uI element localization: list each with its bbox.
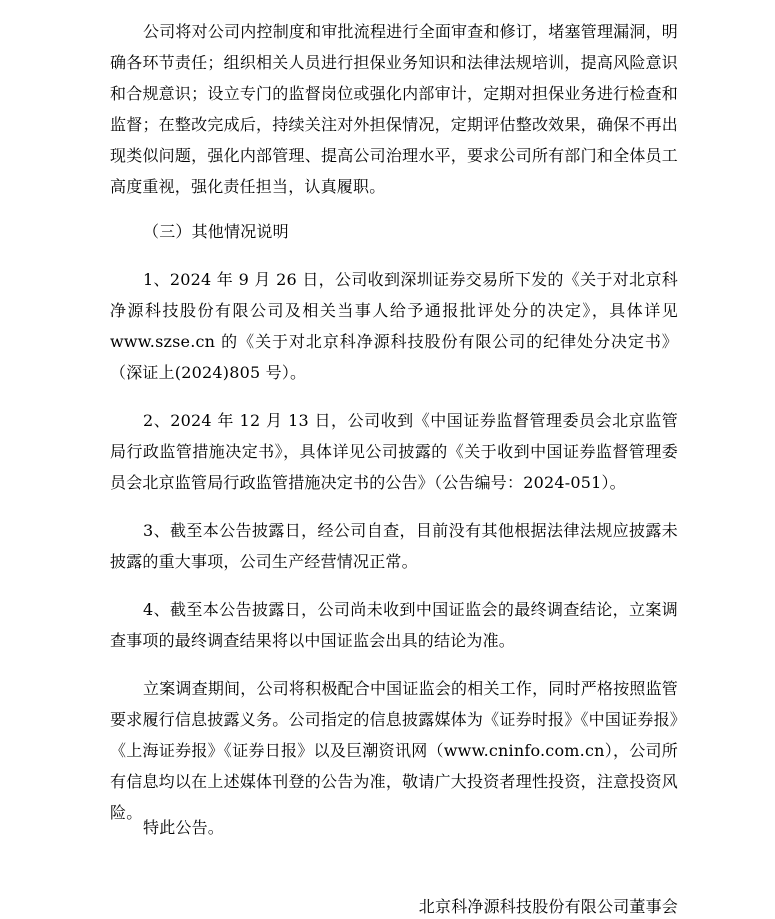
board-signature: 北京科净源科技股份有限公司董事会 xyxy=(419,891,678,919)
item-2-paragraph: 2、2024 年 12 月 13 日，公司收到《中国证券监督管理委员会北京监管局… xyxy=(110,405,678,498)
item-1-paragraph: 1、2024 年 9 月 26 日，公司收到深圳证券交易所下发的《关于对北京科净… xyxy=(110,264,678,388)
closing-paragraph: 立案调查期间，公司将积极配合中国证监会的相关工作，同时严格按照监管要求履行信息披… xyxy=(110,673,678,828)
item-3-paragraph: 3、截至本公告披露日，经公司自查，目前没有其他根据法律法规应披露未披露的重大事项… xyxy=(110,515,678,577)
item-4-paragraph: 4、截至本公告披露日，公司尚未收到中国证监会的最终调查结论，立案调查事项的最终调… xyxy=(110,594,678,656)
announcement-end: 特此公告。 xyxy=(110,812,678,843)
section-heading: （三）其他情况说明 xyxy=(110,216,678,247)
rectification-paragraph: 公司将对公司内控制度和审批流程进行全面审查和修订，堵塞管理漏洞，明确各环节责任；… xyxy=(110,16,678,202)
